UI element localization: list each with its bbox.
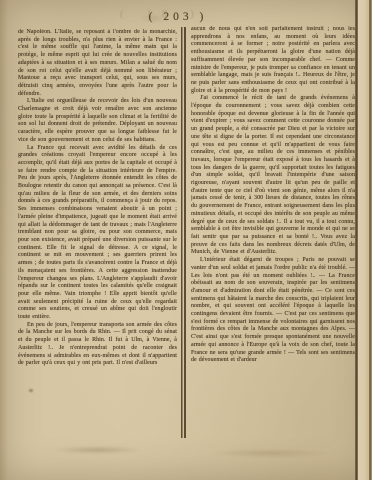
paragraph: J'ai commencé le récit de tant de grands… xyxy=(191,95,355,257)
paragraph: de Napoléon. L'Italie, se reposant à l'o… xyxy=(18,29,177,98)
page-header: ( 18 ) ( 203 ) xyxy=(0,7,356,27)
paragraph: aucun de nous qui n'en soit parfaitement… xyxy=(191,26,355,95)
scanned-newspaper-page: ( 18 ) ( 203 ) de Napoléon. L'Italie, se… xyxy=(0,0,372,480)
left-column: de Napoléon. L'Italie, se reposant à l'o… xyxy=(18,29,177,435)
right-column: aucun de nous qui n'en soit parfaitement… xyxy=(191,26,355,444)
paragraph: L'intérieur était dégarni de troupes ; P… xyxy=(191,257,355,365)
paragraph: La France qui recevait avec avidité les … xyxy=(18,145,177,322)
page-edge-strip xyxy=(358,0,369,480)
paragraph: En peu de jours, l'empereur transporta s… xyxy=(18,322,177,368)
page-number: ( 203 ) xyxy=(149,11,208,23)
column-divider-rule xyxy=(181,27,186,438)
bleed-through-smudge xyxy=(52,446,142,454)
bleed-through-smudge xyxy=(210,448,330,458)
paragraph: L'Italie est orgueilleuse de recevoir de… xyxy=(18,98,177,144)
